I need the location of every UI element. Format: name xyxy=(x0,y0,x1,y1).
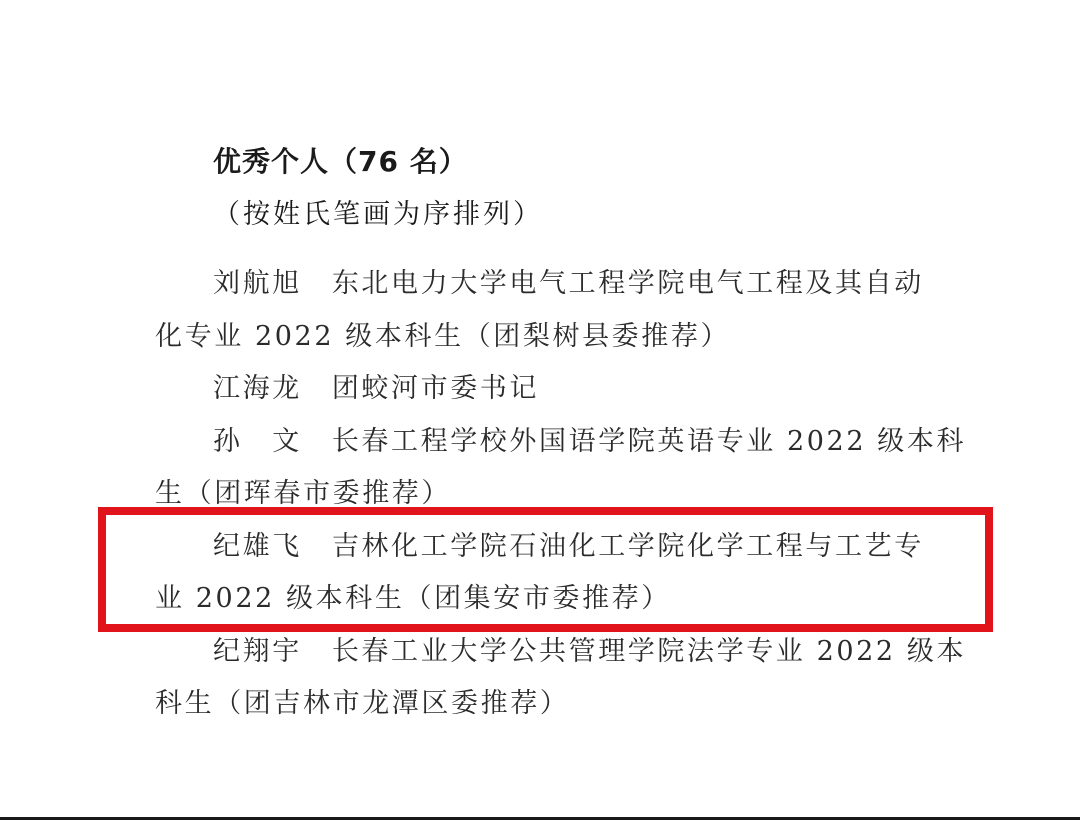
entry-name: 孙 文 xyxy=(213,425,302,459)
entry-jiang-line1: 江海龙团蛟河市委书记 xyxy=(213,372,539,406)
entry-liu-line1: 刘航旭东北电力大学电气工程学院电气工程及其自动 xyxy=(213,267,924,301)
entry-description: 东北电力大学电气工程学院电气工程及其自动 xyxy=(332,268,924,299)
entry-ji-xiangyu-line2: 科生（团吉林市龙潭区委推荐） xyxy=(155,687,569,721)
entry-description: 长春工程学校外国语学院英语专业 2022 级本科 xyxy=(332,426,966,457)
entry-sun-line2: 生（团珲春市委推荐） xyxy=(155,477,451,511)
entry-ji-xiangyu-line1: 纪翔宇长春工业大学公共管理学院法学专业 2022 级本 xyxy=(213,635,966,669)
red-highlight-box xyxy=(98,507,993,632)
entry-description: 长春工业大学公共管理学院法学专业 2022 级本 xyxy=(332,636,966,667)
document-page: 优秀个人（76 名） （按姓氏笔画为序排列） 刘航旭东北电力大学电气工程学院电气… xyxy=(0,0,1080,820)
entry-name: 纪翔宇 xyxy=(213,635,302,669)
entry-sun-line1: 孙 文长春工程学校外国语学院英语专业 2022 级本科 xyxy=(213,425,966,459)
entry-liu-line2: 化专业 2022 级本科生（团梨树县委推荐） xyxy=(155,320,730,354)
entry-name: 江海龙 xyxy=(213,372,302,406)
entry-description: 团蛟河市委书记 xyxy=(332,373,539,404)
entry-name: 刘航旭 xyxy=(213,267,302,301)
section-subheading: （按姓氏笔画为序排列） xyxy=(213,192,543,231)
section-heading: 优秀个人（76 名） xyxy=(213,140,468,180)
